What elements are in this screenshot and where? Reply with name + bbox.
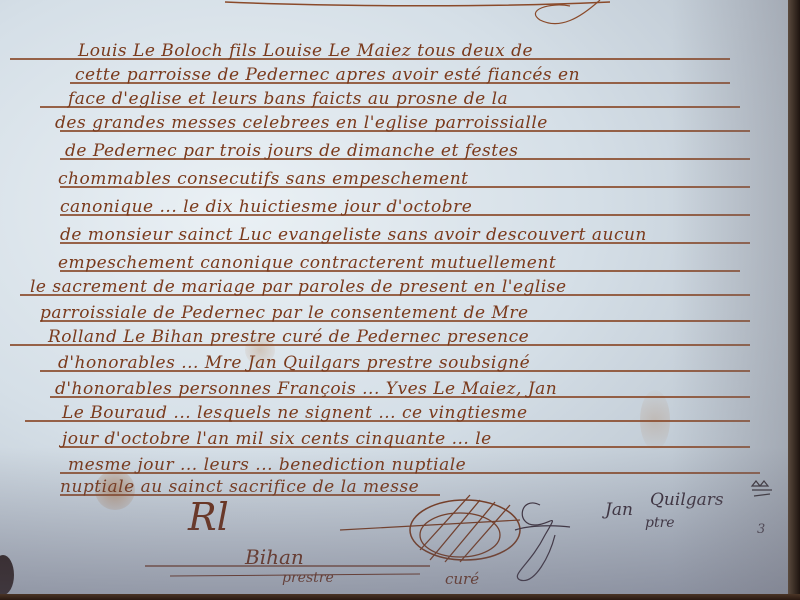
signature-ptre: ptre [645, 515, 675, 531]
margin-number: 3 [757, 522, 765, 537]
manuscript-page: Louis Le Boloch fils Louise Le Maiez tou… [0, 0, 790, 596]
corner-shadow [0, 555, 14, 595]
top-flourish-icon [220, 0, 640, 40]
page-edge-bottom [0, 594, 800, 600]
signature-flourish-icon [500, 495, 580, 585]
page-edge-right [788, 0, 800, 600]
signature-cure-label: curé [445, 570, 479, 588]
signature-initials: Rl [188, 495, 229, 539]
signature-surname: Bihan [245, 545, 304, 569]
margin-crown-mark-icon [748, 478, 778, 508]
signature-title: prestre [282, 570, 334, 586]
signature-first-name: Jan [605, 500, 633, 520]
signature-last-name: Quilgars [650, 490, 724, 510]
